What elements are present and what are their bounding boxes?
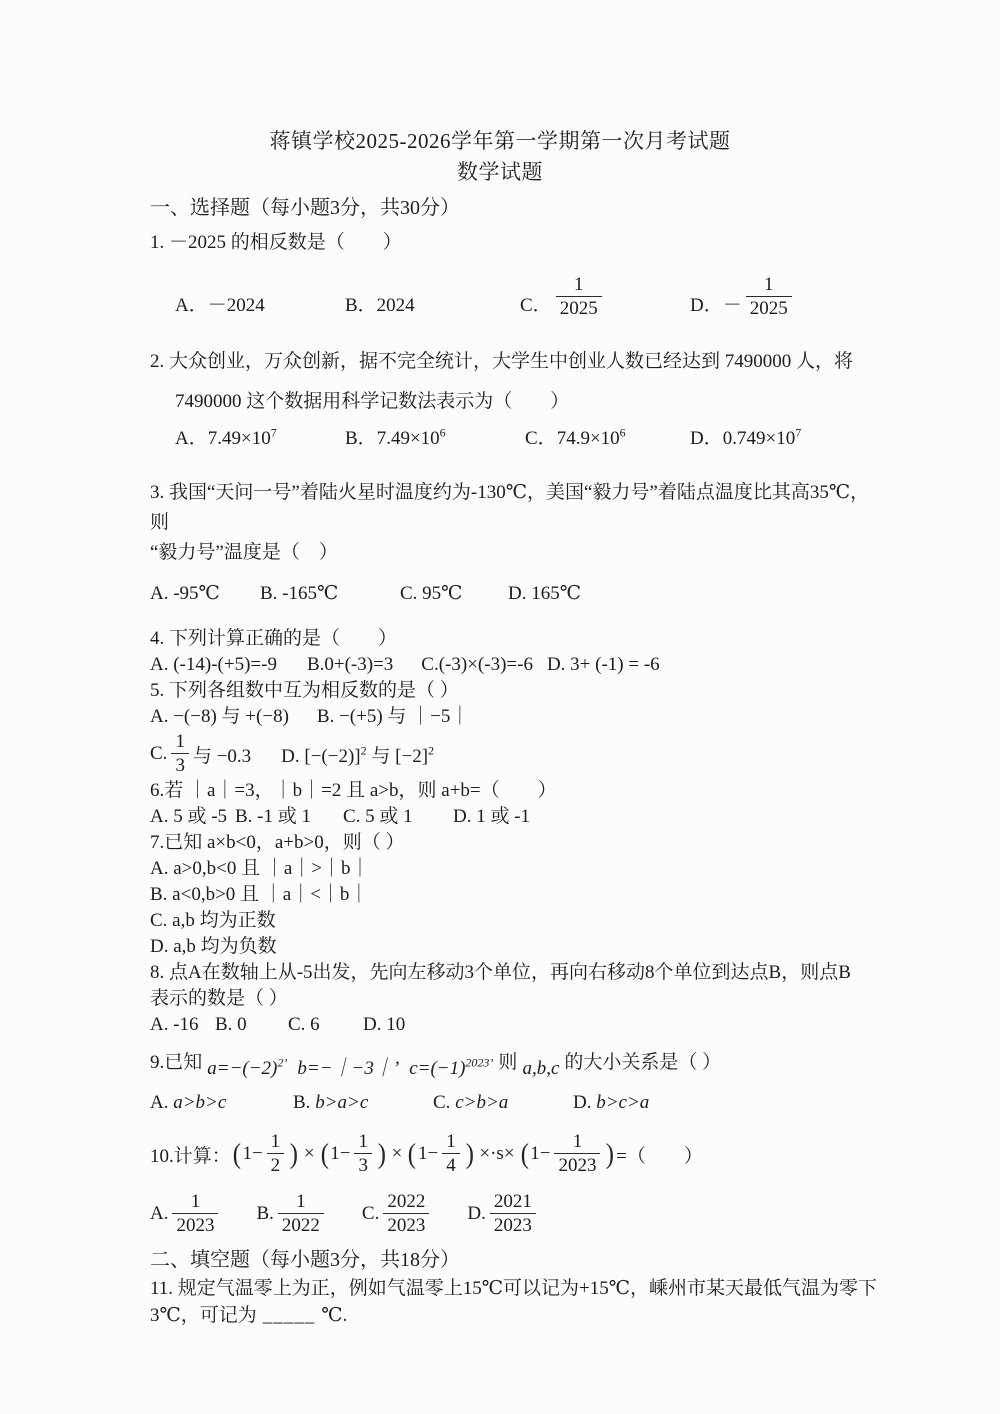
- q3-options: A. -95℃ B. -165℃ C. 95℃ D. 165℃: [150, 580, 888, 608]
- q4-option-a: A. (-14)-(+5)=-9: [150, 654, 277, 675]
- q8-stem-line2: 表示的数是（ ）: [150, 986, 888, 1012]
- fraction: 12022: [278, 1191, 324, 1237]
- q3-stem-line2: “毅力号”温度是（ ）: [150, 538, 888, 568]
- option-text: 与: [371, 746, 390, 767]
- fraction-numerator: 1: [172, 1191, 218, 1213]
- q9-option-d: D. b>c>a: [573, 1088, 888, 1118]
- option-base: [−(−2)]: [304, 746, 360, 767]
- option-value: b>a>c: [315, 1092, 368, 1113]
- option-exponent: 6: [620, 426, 626, 440]
- option-label: C.: [362, 1203, 379, 1225]
- q5-options-ab: A. −(−8) 与 +(−8)B. −(+5) 与 ｜−5｜: [150, 704, 888, 730]
- q4-options: A. (-14)-(+5)=-9B.0+(-3)=3C.(-3)×(-3)=-6…: [150, 652, 888, 678]
- option-label: B.: [256, 1203, 273, 1225]
- q11-line2-prefix: 3℃，可记为: [150, 1305, 257, 1326]
- fraction-numerator: 1: [267, 1131, 285, 1153]
- q8-options: A. -16 B. 0 C. 6 D. 10: [150, 1012, 888, 1038]
- q4-stem: 4. 下列计算正确的是（ ）: [150, 626, 888, 652]
- question-11: 11. 规定气温零上为正，例如气温零上15℃可以记为+15℃，嵊州市某天最低气温…: [150, 1275, 888, 1329]
- question-10: 10.计算： (1−12) × (1−13) × (1−14) ×·s× (1−…: [150, 1128, 888, 1240]
- fraction-numerator: 1: [556, 274, 602, 296]
- q10-option-b: B.12022: [256, 1191, 327, 1237]
- fraction: 12023: [172, 1191, 218, 1237]
- fraction: 13: [354, 1131, 372, 1177]
- q6-options: A. 5 或 -5 B. -1 或 1 C. 5 或 1 D. 1 或 -1: [150, 804, 888, 830]
- fraction-numerator: 1: [554, 1131, 600, 1153]
- exam-subtitle: 数学试题: [0, 157, 1000, 188]
- right-paren: ): [606, 1140, 614, 1169]
- q11-line2-suffix: ℃.: [321, 1305, 347, 1326]
- q5-options-cd: C. 1 3 与 −0.3 D. [−(−2)]2 与 [−2]2: [150, 730, 888, 778]
- left-paren: (: [520, 1140, 528, 1169]
- q10-label: 10.计算：: [150, 1141, 231, 1168]
- option-label: C．: [525, 428, 557, 449]
- q1-options: A．－2024 B．2024 C． 1 2025 D．－ 1 2025: [150, 262, 888, 320]
- option-label: D.: [281, 746, 299, 767]
- q10-options: A.12023 B.12022 C.20222023 D.20212023: [150, 1188, 888, 1240]
- q7-option-a: A. a>0,b<0 且 ｜a｜>｜b｜: [150, 856, 888, 882]
- option-base: 7.49×10: [377, 428, 440, 449]
- q1-option-b: B．2024: [345, 290, 520, 320]
- math-base: a=−(−2): [207, 1058, 277, 1079]
- right-paren: ): [290, 1140, 298, 1169]
- times-sign: ×: [304, 1143, 315, 1165]
- q6-option-b: B. -1 或 1: [235, 804, 343, 830]
- q1-option-a: A．－2024: [175, 290, 345, 320]
- q6-option-c: C. 5 或 1: [343, 804, 453, 830]
- q3-option-d: D. 165℃: [508, 580, 888, 608]
- title-block: 蒋镇学校2025-2026学年第一学期第一次月考试题 数学试题: [0, 0, 1000, 188]
- q4-option-d: D. 3+ (-1) = -6: [547, 654, 660, 675]
- q7-stem: 7.已知 a×b<0，a+b>0，则（ ）: [150, 830, 888, 856]
- question-6: 6.若 ｜a｜=3，｜b｜=2 且 a>b，则 a+b=（ ） A. 5 或 -…: [150, 778, 888, 830]
- q6-stem: 6.若 ｜a｜=3，｜b｜=2 且 a>b，则 a+b=（ ）: [150, 778, 888, 804]
- q9-math-b: b=−｜−3｜’: [297, 1058, 399, 1079]
- q7-option-c: C. a,b 均为正数: [150, 908, 888, 934]
- q9-stem-mid: 则: [498, 1052, 517, 1073]
- q9-stem-prefix: 9.已知: [150, 1052, 202, 1073]
- math-base: c=(−1): [409, 1058, 465, 1079]
- q5-stem: 5. 下列各组数中互为相反数的是（ ）: [150, 678, 888, 704]
- q9-stem-suffix: 的大小关系是（ ）: [564, 1052, 721, 1073]
- question-8: 8. 点A在数轴上从-5出发，先向左移动3个单位，再向右移动8个单位到达点B，则…: [150, 960, 888, 1038]
- fraction-denominator: 2025: [746, 296, 792, 320]
- option-exponent: 7: [271, 426, 277, 440]
- math-text: 1−: [330, 1143, 350, 1165]
- option-base: [−2]: [395, 746, 428, 767]
- option-label: B．: [345, 428, 377, 449]
- q5-option-d: D. [−(−2)]2 与 [−2]2: [281, 741, 434, 768]
- q5-option-b: B. −(+5) 与 ｜−5｜: [317, 706, 469, 727]
- q9-math-c: c=(−1)2023’: [409, 1058, 493, 1079]
- right-paren: ): [378, 1140, 386, 1169]
- fraction: 20212023: [490, 1191, 536, 1237]
- q9-stem: 9.已知a=−(−2)2’b=−｜−3｜’c=(−1)2023’则a,b,c的大…: [150, 1046, 888, 1080]
- question-4: 4. 下列计算正确的是（ ） A. (-14)-(+5)=-9B.0+(-3)=…: [150, 626, 888, 678]
- option-label: C.: [433, 1092, 450, 1113]
- fraction-denominator: 2022: [278, 1213, 324, 1237]
- fraction-denominator: 2023: [490, 1213, 536, 1237]
- q2-option-d: D．0.749×107: [690, 424, 888, 454]
- question-9: 9.已知a=−(−2)2’b=−｜−3｜’c=(−1)2023’则a,b,c的大…: [150, 1046, 888, 1118]
- option-label: C.: [150, 743, 167, 765]
- fraction-denominator: 3: [171, 753, 189, 777]
- q1-option-d-label: D．－: [690, 290, 742, 320]
- equals-blank: =（ ）: [616, 1141, 703, 1168]
- q1-stem: 1. －2025 的相反数是（ ）: [150, 229, 888, 256]
- q3-stem-line1: 3. 我国“天问一号”着陆火星时温度约为-130℃，美国“毅力号”着陆点温度比其…: [150, 478, 888, 538]
- math-text: 1−: [530, 1143, 550, 1165]
- q8-stem-line1: 8. 点A在数轴上从-5出发，先向左移动3个单位，再向右移动8个单位到达点B，则…: [150, 960, 888, 986]
- q9-option-b: B. b>a>c: [293, 1088, 433, 1118]
- fraction-numerator: 1: [442, 1131, 460, 1153]
- q7-option-d: D. a,b 均为负数: [150, 934, 888, 960]
- option-value: c>b>a: [455, 1092, 508, 1113]
- option-exponent: 6: [440, 426, 446, 440]
- question-1: 1. －2025 的相反数是（ ） A．－2024 B．2024 C． 1 20…: [150, 229, 888, 320]
- option-base: 0.749×10: [723, 428, 795, 449]
- option-base: 7.49×10: [208, 428, 271, 449]
- q10-expression: 10.计算： (1−12) × (1−13) × (1−14) ×·s× (1−…: [150, 1128, 888, 1180]
- fraction-numerator: 2021: [490, 1191, 536, 1213]
- exam-title: 蒋镇学校2025-2026学年第一学期第一次月考试题: [0, 126, 1000, 157]
- q2-options: A．7.49×107 B．7.49×106 C．74.9×106 D．0.749…: [150, 424, 888, 454]
- q1-option-d: D．－ 1 2025: [690, 274, 888, 320]
- math-text: 1−: [242, 1143, 262, 1165]
- option-base: 74.9×10: [557, 428, 620, 449]
- fraction-denominator: 4: [442, 1153, 460, 1177]
- q2-option-c: C．74.9×106: [525, 424, 690, 454]
- q10-option-c: C.20222023: [362, 1191, 433, 1237]
- option-label: D.: [573, 1092, 591, 1113]
- q10-option-d: D.20212023: [467, 1191, 539, 1237]
- fraction: 1 2025: [556, 274, 602, 320]
- left-paren: (: [320, 1140, 328, 1169]
- math-exponent: 2023’: [465, 1056, 493, 1070]
- option-value: a>b>c: [173, 1092, 226, 1113]
- q2-option-b: B．7.49×106: [345, 424, 525, 454]
- fraction: 12023: [554, 1131, 600, 1177]
- question-3: 3. 我国“天问一号”着陆火星时温度约为-130℃，美国“毅力号”着陆点温度比其…: [150, 478, 888, 608]
- q9-option-a: A. a>b>c: [150, 1088, 293, 1118]
- fraction: 1 2025: [746, 274, 792, 320]
- option-text: 与 −0.3: [193, 741, 251, 768]
- fraction-denominator: 2025: [556, 296, 602, 320]
- left-paren: (: [408, 1140, 416, 1169]
- option-value: b>c>a: [596, 1092, 649, 1113]
- fraction: 14: [442, 1131, 460, 1177]
- section-choice-heading: 一、选择题（每小题3分，共30分）: [150, 193, 888, 223]
- q4-option-b: B.0+(-3)=3: [307, 654, 393, 675]
- q9-option-c: C. c>b>a: [433, 1088, 573, 1118]
- q2-stem-line1: 2. 大众创业，万众创新，据不完全统计，大学生中创业人数已经达到 7490000…: [150, 342, 888, 382]
- q9-math-abc: a,b,c: [522, 1058, 559, 1079]
- option-label: D．: [690, 428, 723, 449]
- q4-option-c: C.(-3)×(-3)=-6: [421, 654, 533, 675]
- fraction-denominator: 2023: [554, 1153, 600, 1177]
- section-fill-heading: 二、填空题（每小题3分，共18分）: [150, 1245, 888, 1275]
- right-paren: ): [465, 1140, 473, 1169]
- option-exponent: 2: [428, 743, 434, 757]
- q11-stem-line1: 11. 规定气温零上为正，例如气温零上15℃可以记为+15℃，嵊州市某天最低气温…: [150, 1275, 888, 1302]
- option-label: A.: [150, 1092, 168, 1113]
- option-label: A.: [150, 1203, 168, 1225]
- q8-option-a: A. -16: [150, 1012, 215, 1038]
- option-label: B.: [293, 1092, 310, 1113]
- fraction-numerator: 1: [171, 731, 189, 753]
- q8-option-b: B. 0: [215, 1012, 288, 1038]
- math-text: 1−: [418, 1143, 438, 1165]
- q9-options: A. a>b>c B. b>a>c C. c>b>a D. b>c>a: [150, 1088, 888, 1118]
- fraction-denominator: 2023: [172, 1213, 218, 1237]
- answer-blank: _____: [263, 1305, 316, 1326]
- q6-option-d: D. 1 或 -1: [453, 804, 888, 830]
- q5-option-a: A. −(−8) 与 +(−8): [150, 706, 289, 727]
- q11-stem-line2: 3℃，可记为_____℃.: [150, 1302, 888, 1329]
- left-paren: (: [232, 1140, 240, 1169]
- question-7: 7.已知 a×b<0，a+b>0，则（ ） A. a>0,b<0 且 ｜a｜>｜…: [150, 830, 888, 960]
- q9-math-a: a=−(−2)2’: [207, 1058, 287, 1079]
- q2-option-a: A．7.49×107: [175, 424, 345, 454]
- math-exponent: 2’: [277, 1056, 287, 1070]
- fraction-denominator: 2023: [383, 1213, 429, 1237]
- exam-page: 蒋镇学校2025-2026学年第一学期第一次月考试题 数学试题 一、选择题（每小…: [0, 0, 1000, 1414]
- q3-option-b: B. -165℃: [260, 580, 400, 608]
- fraction: 12: [267, 1131, 285, 1177]
- exam-body: 一、选择题（每小题3分，共30分） 1. －2025 的相反数是（ ） A．－2…: [0, 193, 1000, 1329]
- question-2: 2. 大众创业，万众创新，据不完全统计，大学生中创业人数已经达到 7490000…: [150, 342, 888, 454]
- fraction-denominator: 2: [267, 1153, 285, 1177]
- option-exponent: 2: [361, 743, 367, 757]
- fraction-numerator: 2022: [383, 1191, 429, 1213]
- q5-option-c: C. 1 3 与 −0.3: [150, 731, 251, 777]
- fraction-numerator: 1: [746, 274, 792, 296]
- q1-option-c-label: C．: [520, 290, 552, 320]
- q7-option-b: B. a<0,b>0 且 ｜a｜<｜b｜: [150, 882, 888, 908]
- q8-option-d: D. 10: [363, 1012, 888, 1038]
- ellipsis: ×·s×: [479, 1143, 514, 1165]
- fraction-denominator: 3: [354, 1153, 372, 1177]
- q1-option-c: C． 1 2025: [520, 274, 690, 320]
- option-exponent: 7: [795, 426, 801, 440]
- q6-option-a: A. 5 或 -5: [150, 804, 235, 830]
- fraction: 20222023: [383, 1191, 429, 1237]
- q3-option-a: A. -95℃: [150, 580, 260, 608]
- q3-option-c: C. 95℃: [400, 580, 508, 608]
- q8-option-c: C. 6: [288, 1012, 363, 1038]
- q2-stem-line2: 7490000 这个数据用科学记数法表示为（ ）: [150, 382, 888, 422]
- option-label: A．: [175, 428, 208, 449]
- fraction-numerator: 1: [278, 1191, 324, 1213]
- times-sign: ×: [392, 1143, 403, 1165]
- fraction-numerator: 1: [354, 1131, 372, 1153]
- question-5: 5. 下列各组数中互为相反数的是（ ） A. −(−8) 与 +(−8)B. −…: [150, 678, 888, 778]
- option-label: D.: [467, 1203, 485, 1225]
- q10-option-a: A.12023: [150, 1191, 222, 1237]
- fraction: 1 3: [171, 731, 189, 777]
